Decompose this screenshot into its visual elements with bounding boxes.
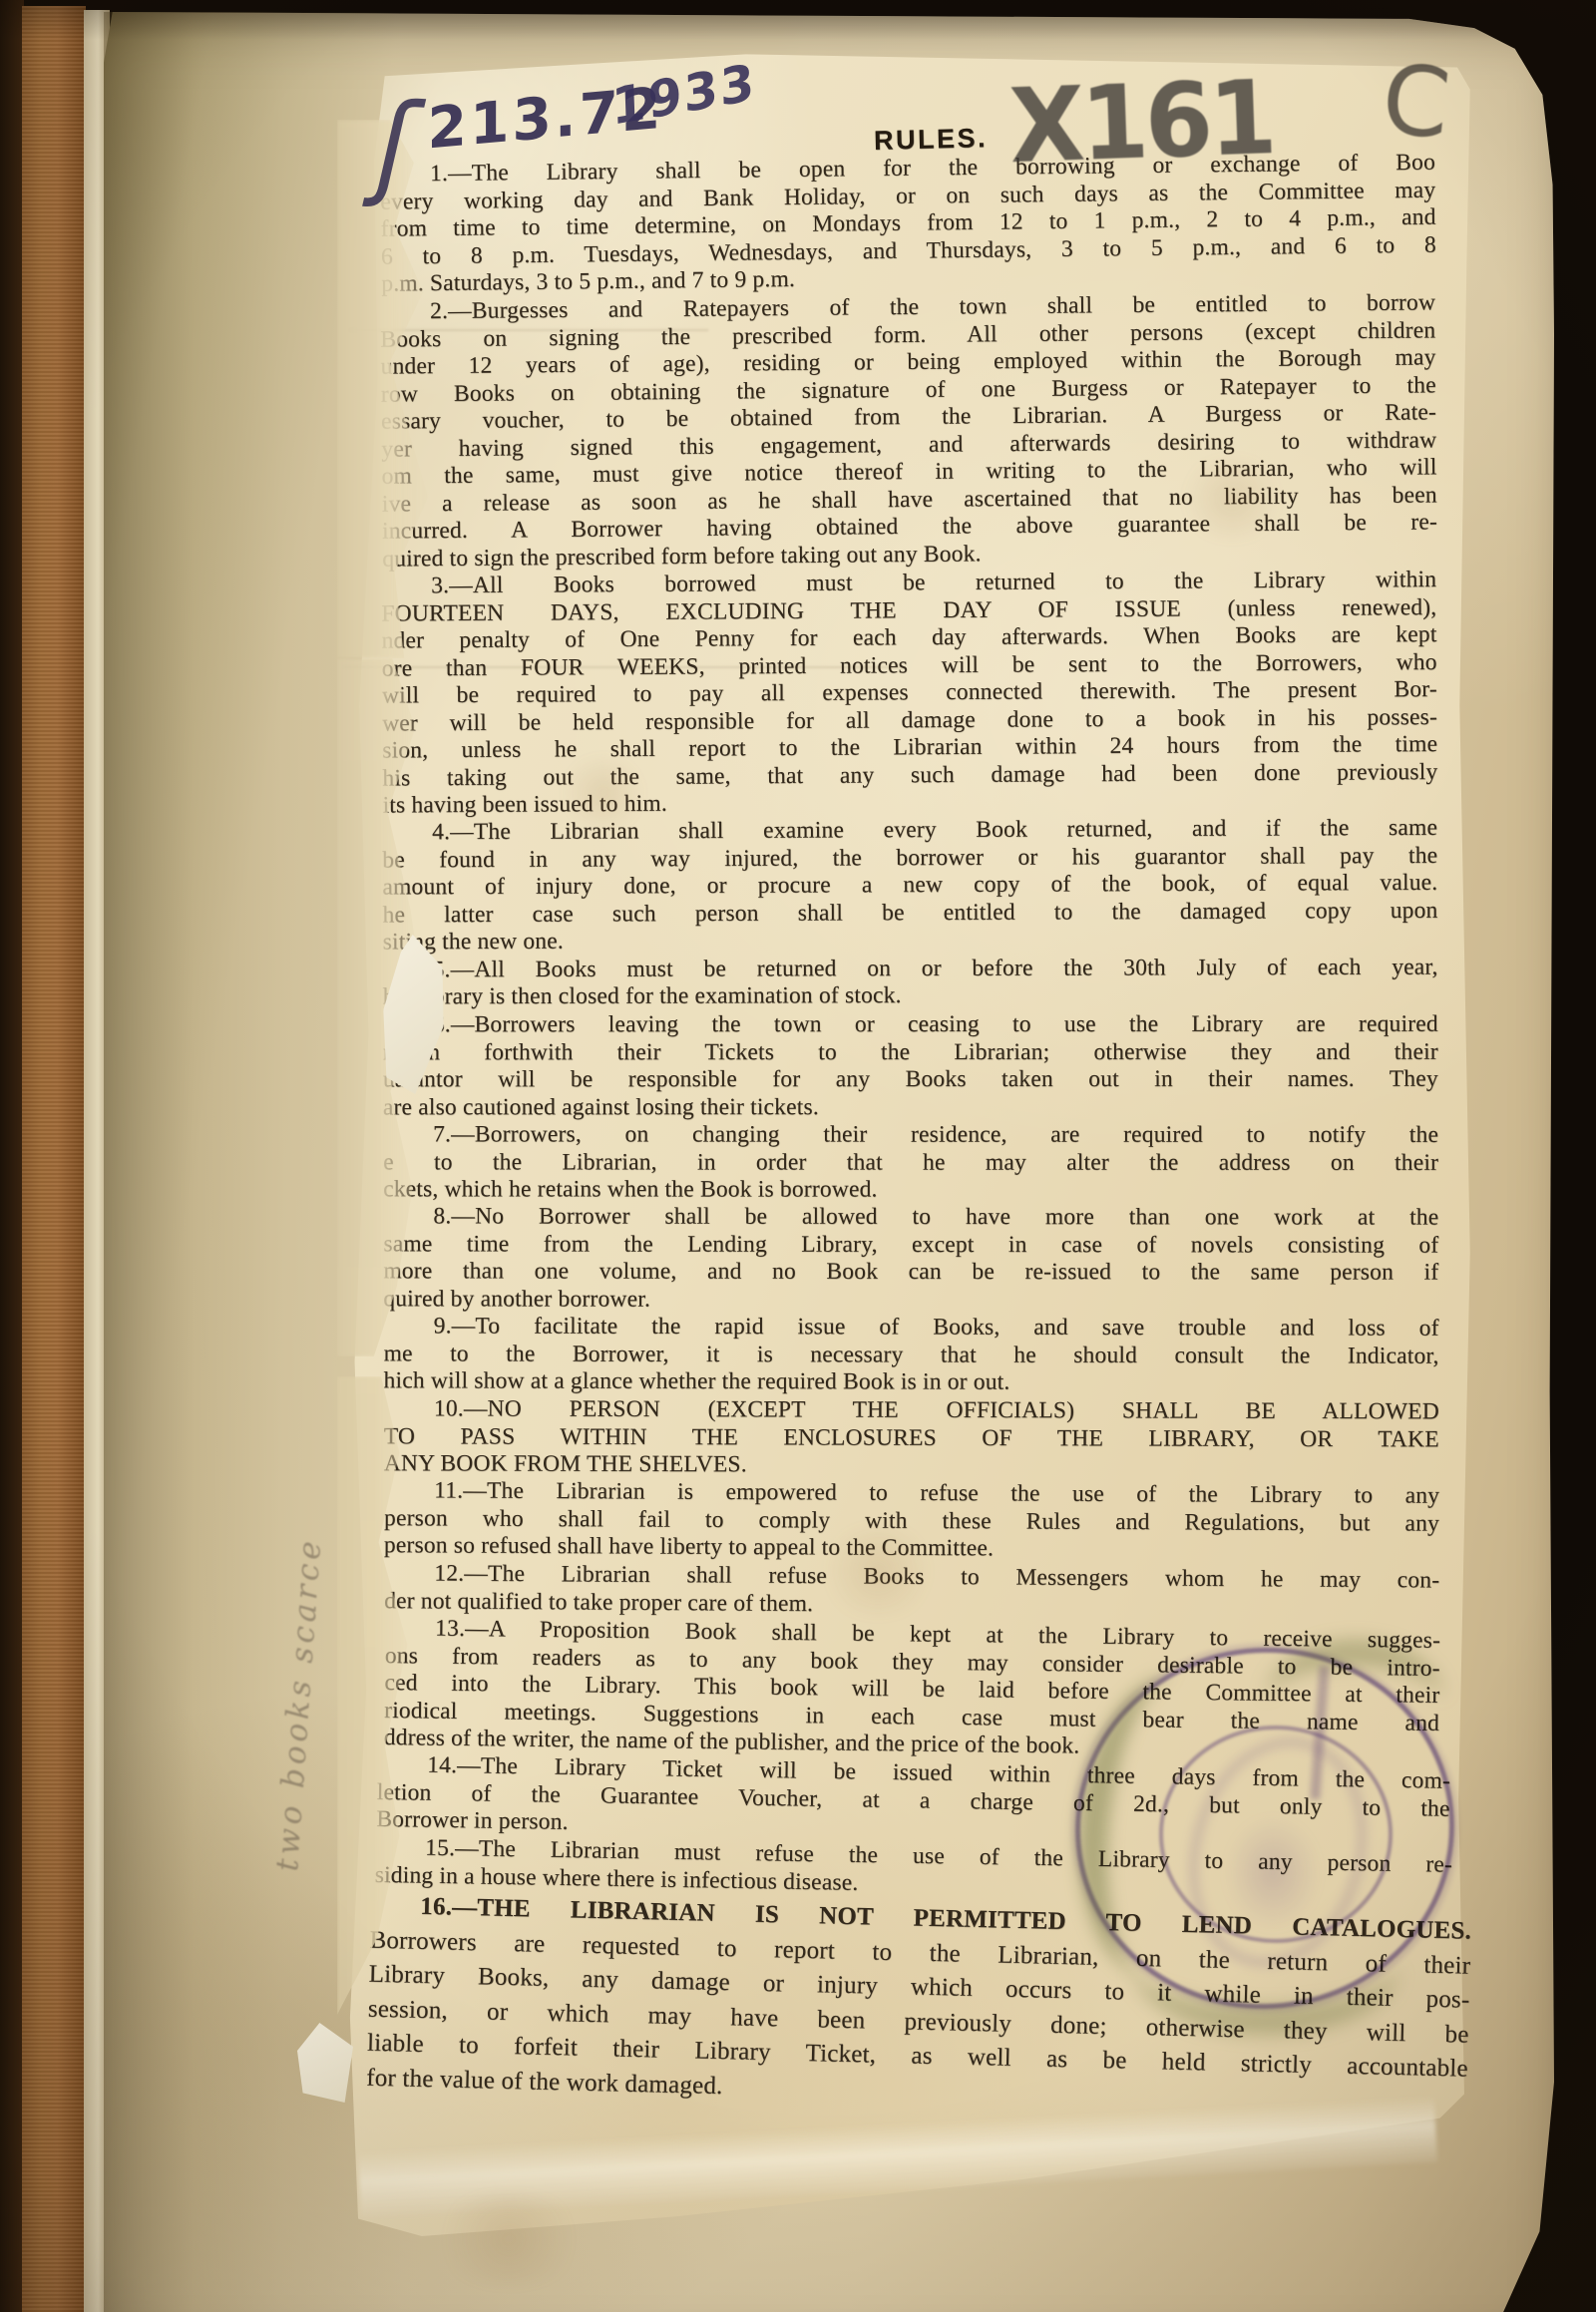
- rule-line: ANY BOOK FROM THE SHELVES.: [384, 1450, 1439, 1481]
- rule-line: same time from the Lending Library, exce…: [383, 1231, 1438, 1260]
- rule-line: 9.—To facilitate the rapid issue of Book…: [384, 1313, 1439, 1343]
- rule-line: uarantor will be responsible for any Boo…: [383, 1065, 1438, 1093]
- rule-line: 7.—Borrowers, on changing their residenc…: [383, 1121, 1438, 1149]
- rule-line: hich will show at a glance whether the r…: [384, 1367, 1439, 1397]
- rule-line: ckets, which he retains when the Book is…: [383, 1176, 1438, 1204]
- pencil-shelfmark: X161: [1007, 59, 1275, 188]
- rule-line: 5.—All Books must be returned on or befo…: [383, 954, 1438, 983]
- rule-line: e to the Librarian, in order that he may…: [383, 1148, 1438, 1176]
- rule-line: TO PASS WITHIN THE ENCLOSURES OF THE LIB…: [384, 1422, 1439, 1453]
- rule-7: 7.—Borrowers, on changing their residenc…: [383, 1121, 1438, 1204]
- rule-3: 3.—All Books borrowed must be returned t…: [381, 567, 1437, 820]
- rule-line: its having been issued to him.: [382, 786, 1437, 820]
- rule-line: quired by another borrower.: [383, 1286, 1438, 1315]
- rule-16: 16.—THE LIBRARIAN IS NOT PERMITTED TO LE…: [366, 1888, 1472, 2120]
- rule-line: 4.—The Librarian shall examine every Boo…: [382, 815, 1437, 847]
- rule-13: 13.—A Proposition Book shall be kept at …: [384, 1614, 1441, 1763]
- rule-12: 12.—The Librarian shall refuse Books to …: [384, 1560, 1439, 1622]
- rule-6: 6.—Borrowers leaving the town or ceasing…: [383, 1010, 1438, 1121]
- rule-9: 9.—To facilitate the rapid issue of Book…: [384, 1313, 1439, 1397]
- rule-line: me to the Borrower, it is necessary that…: [384, 1341, 1439, 1370]
- rule-line: are also cautioned against losing their …: [383, 1093, 1438, 1121]
- rule-line: 10.—NO PERSON (EXCEPT THE OFFICIALS) SHA…: [384, 1395, 1439, 1426]
- rule-line: he latter case such person shall be enti…: [382, 897, 1437, 929]
- rule-line: amount of injury done, or procure a new …: [382, 870, 1437, 902]
- rule-11: 11.—The Librarian is empowered to refuse…: [384, 1477, 1439, 1565]
- rule-line: more than one volume, and no Book can be…: [383, 1258, 1438, 1287]
- handwritten-tick-mark: ʃ: [374, 77, 416, 212]
- rule-line: siting the new one.: [383, 925, 1438, 957]
- rule-8: 8.—No Borrower shall be allowed to have …: [383, 1203, 1438, 1314]
- rule-10: 10.—NO PERSON (EXCEPT THE OFFICIALS) SHA…: [384, 1395, 1439, 1481]
- book-inside-cover-photo: RULES. 1.—The Library shall be open for …: [0, 0, 1596, 2312]
- rule-4: 4.—The Librarian shall examine every Boo…: [382, 815, 1438, 957]
- rule-line: he Library is then closed for the examin…: [383, 981, 1438, 1011]
- rule-line: 8.—No Borrower shall be allowed to have …: [383, 1203, 1438, 1232]
- rule-14: 14.—The Library Ticket will be issued wi…: [376, 1751, 1450, 1850]
- rules-text-column: 1.—The Library shall be open for the bor…: [380, 159, 1440, 2096]
- rule-5: 5.—All Books must be returned on or befo…: [383, 954, 1438, 1011]
- rule-line: 6.—Borrowers leaving the town or ceasing…: [383, 1010, 1438, 1038]
- spine-shadow-strip: [0, 0, 24, 2312]
- rule-1: 1.—The Library shall be open for the bor…: [380, 150, 1436, 298]
- rule-2: 2.—Burgesses and Ratepayers of the town …: [380, 289, 1437, 573]
- pencil-corner-letter: C: [1377, 43, 1454, 161]
- rule-line: return forthwith their Tickets to the Li…: [383, 1038, 1438, 1066]
- book-cloth-spine: [22, 6, 86, 2312]
